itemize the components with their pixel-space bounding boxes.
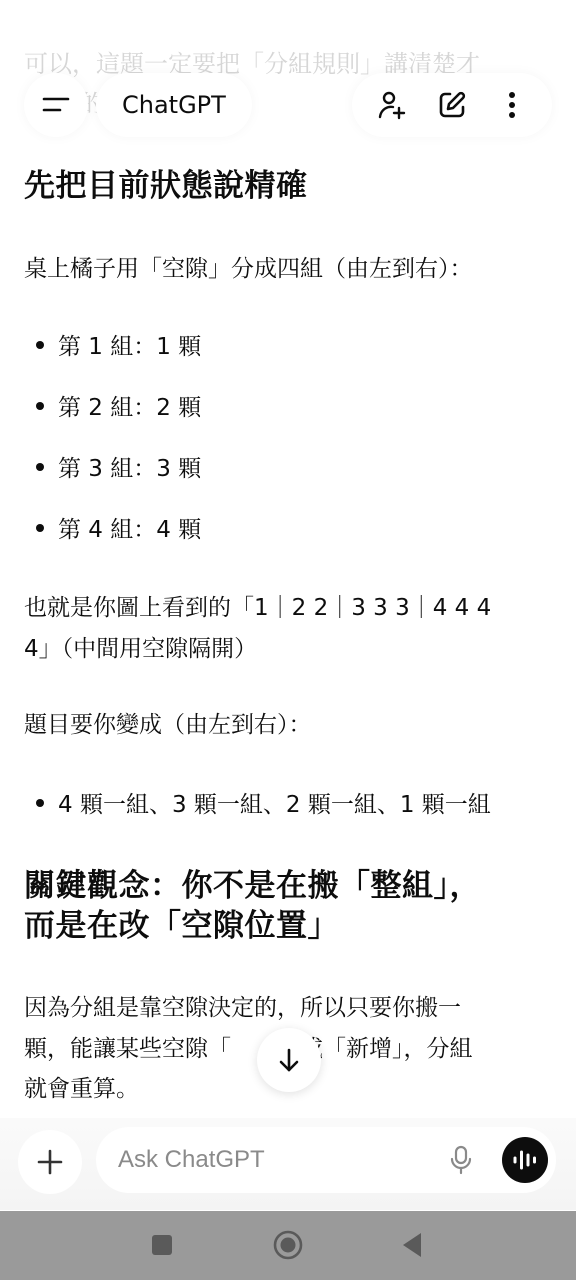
list-item-text: 第 2 組：2 顆 <box>58 388 201 428</box>
section-heading-current-state: 先把目前狀態說精確 <box>24 166 308 206</box>
attach-button[interactable] <box>18 1130 82 1194</box>
bullet-dot <box>36 799 44 807</box>
menu-icon <box>41 95 71 115</box>
list-item-text: 4 顆一組、3 顆一組、2 顆一組、1 顆一組 <box>58 785 491 825</box>
add-people-button[interactable] <box>370 83 414 127</box>
list-item-text: 第 3 組：3 顆 <box>58 449 201 489</box>
list-item-text: 第 4 組：4 顆 <box>58 510 201 550</box>
bullet-dot <box>36 402 44 410</box>
back-triangle-icon <box>401 1232 423 1258</box>
home-circle-icon <box>273 1230 303 1260</box>
recents-square-icon <box>151 1234 173 1256</box>
arrow-down-icon <box>275 1046 303 1074</box>
list-item: 第 2 組：2 顆 <box>36 388 201 428</box>
paragraph-diagram-line2: 4」（中間用空隙隔開） <box>24 630 552 669</box>
home-button[interactable] <box>264 1221 312 1269</box>
more-options-button[interactable] <box>490 83 534 127</box>
microphone-icon <box>449 1145 473 1175</box>
message-input-container <box>96 1127 556 1193</box>
section-heading-key-concept-line2: 而是在改「空隙位置」 <box>24 906 339 946</box>
header-actions <box>352 73 552 137</box>
add-person-icon <box>376 89 408 121</box>
bullet-dot <box>36 524 44 532</box>
list-item: 第 3 組：3 顆 <box>36 449 201 489</box>
menu-button[interactable] <box>24 73 88 137</box>
list-item: 第 4 組：4 顆 <box>36 510 201 550</box>
model-selector-button[interactable]: ChatGPT <box>96 73 252 137</box>
bullet-dot <box>36 463 44 471</box>
paragraph-target: 題目要你變成（由左到右）： <box>24 706 552 745</box>
dictate-button[interactable] <box>440 1139 482 1181</box>
bullet-dot <box>36 341 44 349</box>
new-chat-icon <box>437 90 467 120</box>
recents-button[interactable] <box>138 1221 186 1269</box>
more-vertical-icon <box>507 90 517 120</box>
list-item-text: 第 1 組：1 顆 <box>58 327 201 367</box>
section-heading-key-concept-line1: 關鍵觀念：你不是在搬「整組」， <box>24 866 481 906</box>
list-item: 第 1 組：1 顆 <box>36 327 201 367</box>
voice-mode-icon <box>512 1149 538 1171</box>
list-item: 4 顆一組、3 顆一組、2 顆一組、1 顆一組 <box>36 785 491 825</box>
back-button[interactable] <box>388 1221 436 1269</box>
voice-mode-button[interactable] <box>502 1137 548 1183</box>
scroll-to-bottom-button[interactable] <box>257 1028 321 1092</box>
paragraph-explanation-line1: 因為分組是靠空隙決定的，所以只要你搬一 <box>24 989 552 1028</box>
system-navigation-bar <box>0 1211 576 1280</box>
message-input[interactable] <box>118 1146 418 1174</box>
new-chat-button[interactable] <box>430 83 474 127</box>
paragraph-current-groups: 桌上橘子用「空隙」分成四組（由左到右）： <box>24 250 552 289</box>
plus-icon <box>36 1148 64 1176</box>
paragraph-diagram-line1: 也就是你圖上看到的「1｜2 2｜3 3 3｜4 4 4 <box>24 589 552 628</box>
